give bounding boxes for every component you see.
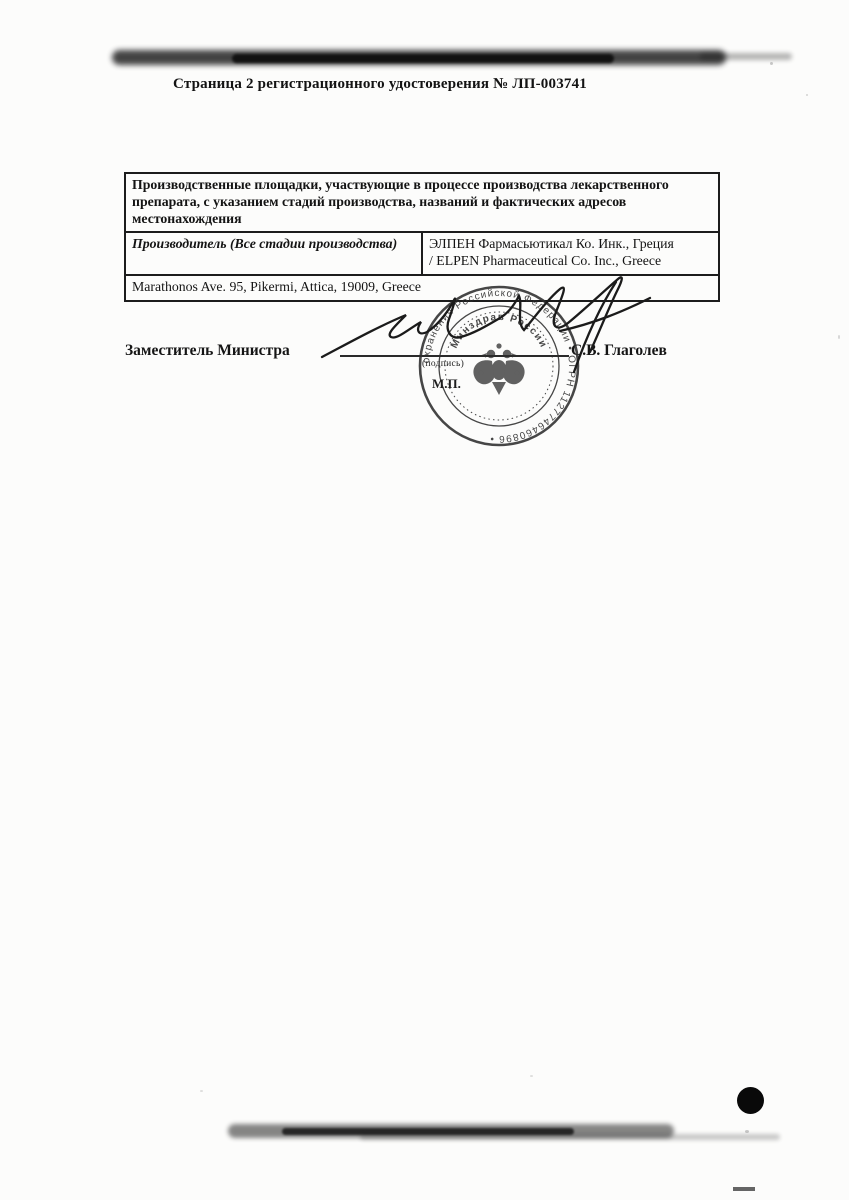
page-title: Страница 2 регистрационного удостоверени… xyxy=(0,76,760,93)
seal-placement-mark: М.П. xyxy=(432,376,461,392)
table-row: Производственные площадки, участвующие в… xyxy=(125,173,719,232)
scan-speck xyxy=(838,335,840,339)
scan-artifact-band-top-tail xyxy=(700,53,792,60)
scanned-certificate-page: Страница 2 регистрационного удостоверени… xyxy=(0,0,849,1200)
scan-speck xyxy=(200,1090,203,1092)
scan-artifact-band-top-core xyxy=(232,54,614,63)
scan-speck xyxy=(770,62,773,65)
scan-artifact-corner-dash xyxy=(733,1187,755,1191)
scan-speck xyxy=(745,1130,749,1133)
signature-scribble xyxy=(290,263,670,378)
manufacturer-name-ru: ЭЛПЕН Фармасьютикал Ко. Инк., Греция xyxy=(429,236,712,253)
table-header-cell: Производственные площадки, участвующие в… xyxy=(125,173,719,232)
scan-speck xyxy=(530,1075,533,1077)
hole-punch-mark xyxy=(737,1087,764,1114)
signatory-title: Заместитель Министра xyxy=(125,342,290,360)
scan-artifact-band-bottom-tail xyxy=(360,1134,780,1140)
scan-speck xyxy=(806,94,808,96)
